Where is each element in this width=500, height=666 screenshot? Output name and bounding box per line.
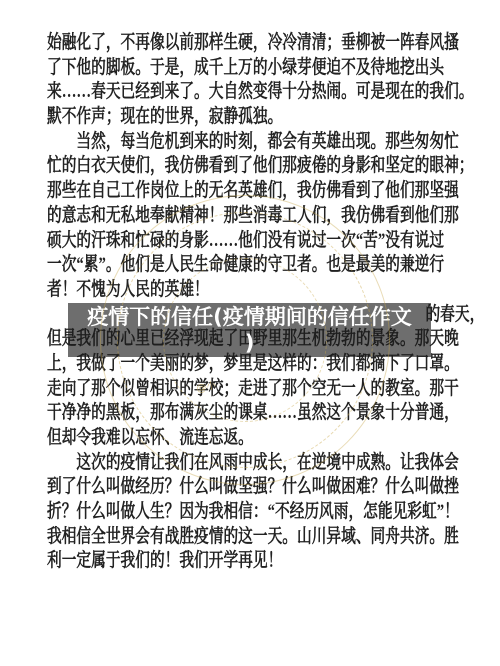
body-line: 那些在自己工作岗位上的无名英雄们，我仿佛看到了他们那坚强: [47, 179, 484, 204]
banner-title-line2: ): [68, 330, 431, 356]
body-line: 折？什么叫做人生？因为我相信：“不经历风雨，怎能见彩虹”！: [47, 500, 484, 525]
article-page: 始融化了，不再像以前那样生硬，冷冷清清；垂柳被一阵春风搔了下他的脚板。于是，成千…: [0, 0, 500, 666]
body-line: 走向了那个似曾相识的学校；走进了那个空无一人的教室。那干: [47, 377, 484, 402]
body-line: 但却令我难以忘怀、流连忘返。: [47, 426, 484, 451]
banner-title-line1: 疫情下的信任(疫情期间的信任作文: [68, 304, 431, 330]
body-line: 的意志和无私地奉献精神！那些消毒工人们，我仿佛看到他们那: [47, 204, 484, 229]
body-line: 利一定属于我们的！我们开学再见！: [47, 549, 484, 574]
body-line: 我相信全世界会有战胜疫情的这一天。山川异域、同舟共济。胜: [47, 525, 484, 550]
body-line: 这次的疫情让我们在风雨中成长，在逆境中成熟。让我体会: [47, 451, 484, 476]
body-line: 到了什么叫做经历？什么叫做坚强？什么叫做困难？什么叫做挫: [47, 475, 484, 500]
body-line: 当然，每当危机到来的时刻，都会有英雄出现。那些匆匆忙: [47, 130, 484, 155]
body-line: 默不作声；现在的世界，寂静孤独。: [47, 105, 484, 130]
body-line: 了下他的脚板。于是，成千上万的小绿芽便迫不及待地挖出头: [47, 56, 484, 81]
body-line: 者！不愧为人民的英雄！: [47, 278, 484, 303]
body-line: 始融化了，不再像以前那样生硬，冷冷清清；垂柳被一阵春风搔: [47, 31, 484, 56]
body-line: 来……春天已经到来了。大自然变得十分热闹。可是现在的我们。: [47, 80, 484, 105]
body-line: 忙的白衣天使们，我仿佛看到了他们那疲倦的身影和坚定的眼神；: [47, 154, 484, 179]
body-line: 干净净的黑板，那布满灰尘的课桌……虽然这个景象十分普通，: [47, 401, 484, 426]
body-line: 一次“累”。他们是人民生命健康的守卫者。也是最美的兼逆行: [47, 253, 484, 278]
title-banner: 疫情下的信任(疫情期间的信任作文 ): [68, 303, 431, 357]
body-line: 硕大的汗珠和忙碌的身影……他们没有说过一次“苦”没有说过: [47, 229, 484, 254]
